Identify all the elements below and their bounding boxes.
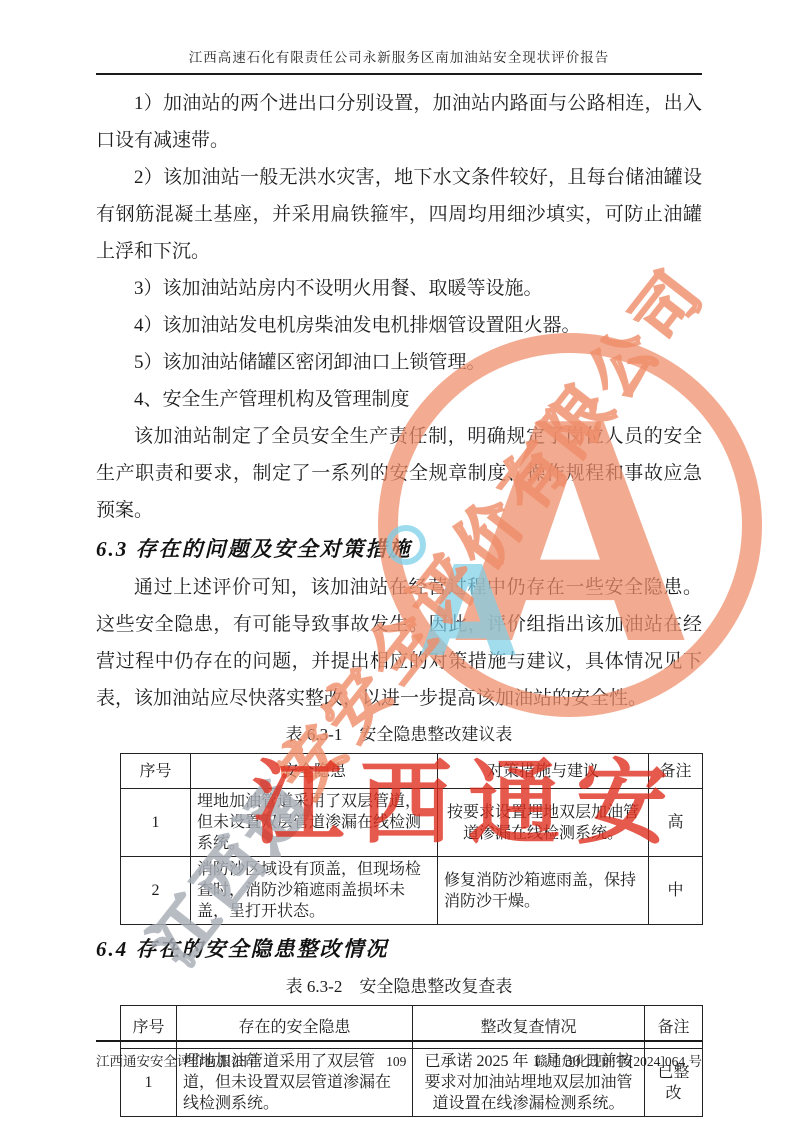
- table-row: 2消防沙区域设有顶盖，但现场检查时，消防沙箱遮雨盖损坏未盖，呈打开状态。修复消防…: [121, 857, 703, 925]
- table2-caption: 表 6.3-2 安全隐患整改复查表: [96, 969, 702, 1005]
- paragraph-flood: 2）该加油站一般无洪水灾害，地下水文条件较好，且每台储油罐设有钢筋混凝土基座，并…: [96, 159, 702, 270]
- report-page: 江西高速石化有限责任公司永新服务区南加油站安全现状评价报告 1）加油站的两个进出…: [0, 0, 794, 1123]
- paragraph-generator: 4）该加油站发电机房柴油发电机排烟管设置阻火器。: [96, 307, 702, 344]
- table-cell: 中: [649, 857, 703, 925]
- paragraph-responsibility: 该加油站制定了全员安全生产责任制，明确规定了岗位人员的安全生产职责和要求，制定了…: [96, 418, 702, 529]
- table-cell: 埋地加油管道采用了双层管道，但未设置双层管道渗漏在线检测系统。: [191, 789, 438, 857]
- paragraph-evaluation: 通过上述评价可知，该加油站在经营过程中仍存在一些安全隐患。这些安全隐患，有可能导…: [96, 569, 702, 717]
- paragraph-station-house: 3）该加油站站房内不设明火用餐、取暖等设施。: [96, 270, 702, 307]
- table-cell: 按要求设置埋地双层加油管道渗漏在线检测系统。: [438, 789, 649, 857]
- footer-company: 江西通安安全评价有限公司: [96, 1050, 258, 1070]
- page-header-title: 江西高速石化有限责任公司永新服务区南加油站安全现状评价报告: [96, 46, 702, 75]
- table1-caption: 表 6.3-1 安全隐患整改建议表: [96, 717, 702, 753]
- footer-doc-number: 赣通危化现评字[2024]064 号: [534, 1050, 702, 1070]
- section-heading-6-4: 6.4 存在的安全隐患整改情况: [96, 929, 702, 969]
- paragraph-tank-lock: 5）该加油站储罐区密闭卸油口上锁管理。: [96, 344, 702, 381]
- footer-page-number: 109: [386, 1054, 406, 1070]
- hazard-suggestion-table: 序号安全隐患对策措施与建议备注1埋地加油管道采用了双层管道，但未设置双层管道渗漏…: [120, 753, 703, 925]
- paragraph-mgmt-title: 4、安全生产管理机构及管理制度: [96, 381, 702, 418]
- table-cell: 2: [121, 857, 191, 925]
- page-footer: 江西通安安全评价有限公司 109 赣通危化现评字[2024]064 号: [96, 1040, 702, 1070]
- table-row: 1埋地加油管道采用了双层管道，但未设置双层管道渗漏在线检测系统。按要求设置埋地双…: [121, 789, 703, 857]
- table-header-cell: 备注: [649, 754, 703, 789]
- table-header-row: 序号安全隐患对策措施与建议备注: [121, 754, 703, 789]
- paragraph-entrance: 1）加油站的两个进出口分别设置，加油站内路面与公路相连，出入口设有减速带。: [96, 85, 702, 159]
- table1-wrapper: 序号安全隐患对策措施与建议备注1埋地加油管道采用了双层管道，但未设置双层管道渗漏…: [120, 753, 702, 925]
- table-cell: 高: [649, 789, 703, 857]
- table-header-cell: 安全隐患: [191, 754, 438, 789]
- table-cell: 消防沙区域设有顶盖，但现场检查时，消防沙箱遮雨盖损坏未盖，呈打开状态。: [191, 857, 438, 925]
- table-header-cell: 序号: [121, 754, 191, 789]
- section-heading-6-3: 6.3 存在的问题及安全对策措施: [96, 529, 702, 569]
- table-cell: 修复消防沙箱遮雨盖，保持消防沙干燥。: [438, 857, 649, 925]
- table-cell: 1: [121, 789, 191, 857]
- page-content: 江西高速石化有限责任公司永新服务区南加油站安全现状评价报告 1）加油站的两个进出…: [96, 46, 702, 1117]
- table-header-cell: 对策措施与建议: [438, 754, 649, 789]
